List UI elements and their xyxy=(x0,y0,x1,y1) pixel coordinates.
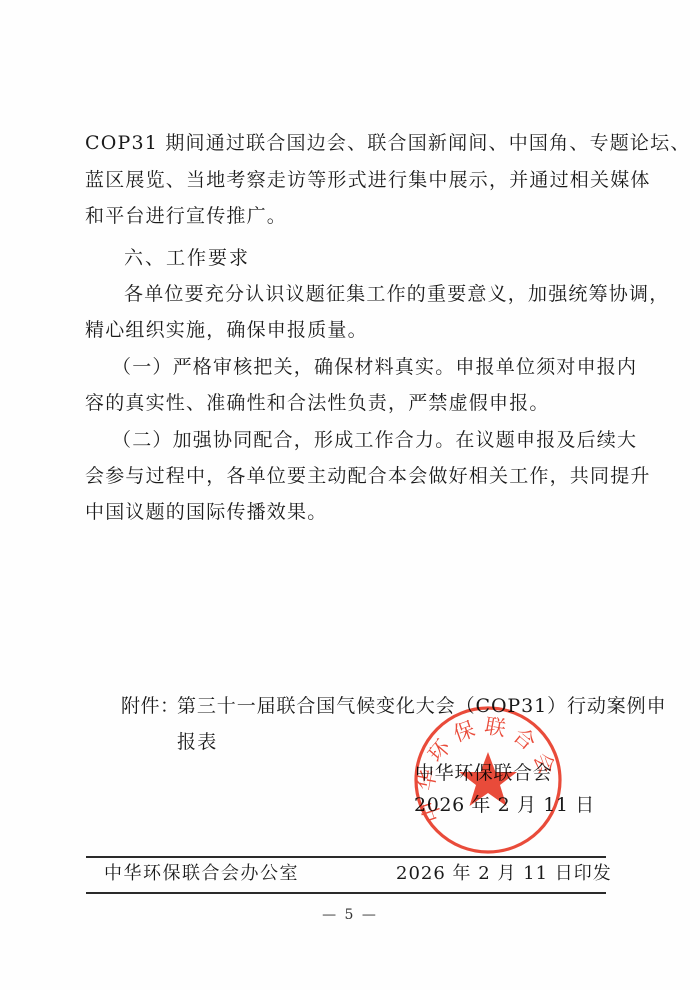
document-page: COP31 期间通过联合国边会、联合国新闻间、中国角、专题论坛、 蓝区展览、当地… xyxy=(0,0,700,990)
item-2-line: 会参与过程中，各单位要主动配合本会做好相关工作，共同提升 xyxy=(85,464,651,488)
body-line: COP31 期间通过联合国边会、联合国新闻间、中国角、专题论坛、 xyxy=(85,131,691,155)
footer-issue-date: 2026 年 2 月 11 日印发 xyxy=(396,862,612,886)
section-heading: 六、工作要求 xyxy=(124,246,250,270)
footer-issuer: 中华环保联合会办公室 xyxy=(104,862,299,886)
body-line: 各单位要充分认识议题征集工作的重要意义，加强统筹协调， xyxy=(124,282,669,306)
item-2-line: （二）加强协同配合，形成工作合力。在议题申报及后续大 xyxy=(112,428,637,452)
footer-bottom-rule xyxy=(86,892,606,894)
attachment-link-continued[interactable]: 报表 xyxy=(177,730,217,754)
body-line: 蓝区展览、当地考察走访等形式进行集中展示，并通过相关媒体 xyxy=(85,168,651,192)
official-seal-star-icon: 中华环保联合会 xyxy=(412,704,564,856)
attachment-label: 附件： xyxy=(121,694,180,718)
item-2-line: 中国议题的国际传播效果。 xyxy=(85,500,327,524)
item-1-line: （一）严格审核把关，确保材料真实。申报单位须对申报内 xyxy=(112,355,637,379)
item-1-line: 容的真实性、准确性和合法性负责，严禁虚假申报。 xyxy=(85,391,550,415)
body-line: 和平台进行宣传推广。 xyxy=(85,204,287,228)
page-number: — 5 — xyxy=(0,907,700,923)
body-line: 精心组织实施，确保申报质量。 xyxy=(85,318,368,342)
footer-top-rule xyxy=(86,856,606,858)
